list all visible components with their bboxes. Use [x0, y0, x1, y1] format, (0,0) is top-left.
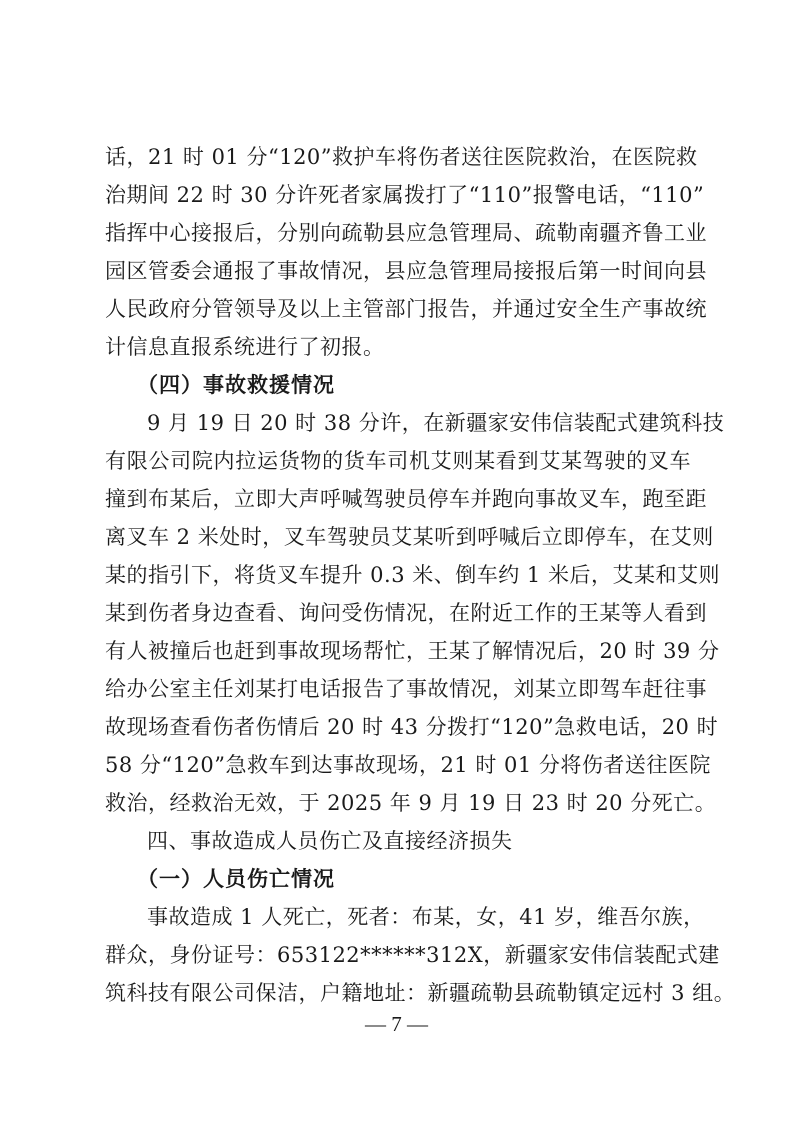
text-line: 9 月 19 日 20 时 38 分许，在新疆家安伟信装配式建筑科技 [105, 404, 691, 442]
text-line: 指挥中心接报后，分别向疏勒县应急管理局、疏勒南疆齐鲁工业 [105, 214, 691, 252]
section-heading-casualties: （一）人员伤亡情况 [105, 860, 691, 898]
paragraph-casualties: 事故造成 1 人死亡，死者：布某，女，41 岁，维吾尔族， 群众，身份证号：65… [105, 898, 691, 1012]
text-line: 撞到布某后，立即大声呼喊驾驶员停车并跑向事故叉车，跑至距 [105, 480, 691, 518]
text-line: 园区管委会通报了事故情况，县应急管理局接报后第一时间向县 [105, 252, 691, 290]
text-line: 筑科技有限公司保洁，户籍地址：新疆疏勒县疏勒镇定远村 3 组。 [105, 974, 691, 1012]
text-line: 有限公司院内拉运货物的货车司机艾则某看到艾某驾驶的叉车 [105, 442, 691, 480]
text-line: 某的指引下，将货叉车提升 0.3 米、倒车约 1 米后，艾某和艾则 [105, 556, 691, 594]
text-line: 有人被撞后也赶到事故现场帮忙，王某了解情况后，20 时 39 分 [105, 632, 691, 670]
paragraph-notification: 话，21 时 01 分“120”救护车将伤者送往医院救治，在医院救 治期间 22… [105, 138, 691, 366]
text-line: 事故造成 1 人死亡，死者：布某，女，41 岁，维吾尔族， [105, 898, 691, 936]
text-line: 人民政府分管领导及以上主管部门报告，并通过安全生产事故统 [105, 290, 691, 328]
text-line: 话，21 时 01 分“120”救护车将伤者送往医院救治，在医院救 [105, 138, 691, 176]
page-number: — 7 — [0, 1012, 793, 1037]
text-line: 离叉车 2 米处时，叉车驾驶员艾某听到呼喊后立即停车，在艾则 [105, 518, 691, 556]
text-line: 救治，经救治无效，于 2025 年 9 月 19 日 23 时 20 分死亡。 [105, 784, 691, 822]
text-line: 群众，身份证号：653122******312X，新疆家安伟信装配式建 [105, 936, 691, 974]
text-line: 治期间 22 时 30 分许死者家属拨打了“110”报警电话，“110” [105, 176, 691, 214]
paragraph-rescue: 9 月 19 日 20 时 38 分许，在新疆家安伟信装配式建筑科技 有限公司院… [105, 404, 691, 822]
section-heading-casualties-losses: 四、事故造成人员伤亡及直接经济损失 [105, 822, 691, 860]
text-line: 58 分“120”急救车到达事故现场，21 时 01 分将伤者送往医院 [105, 746, 691, 784]
text-line: 故现场查看伤者伤情后 20 时 43 分拨打“120”急救电话，20 时 [105, 708, 691, 746]
text-line: 某到伤者身边查看、询问受伤情况，在附近工作的王某等人看到 [105, 594, 691, 632]
text-line: 给办公室主任刘某打电话报告了事故情况，刘某立即驾车赶往事 [105, 670, 691, 708]
text-line: 计信息直报系统进行了初报。 [105, 328, 691, 366]
section-heading-rescue: （四）事故救援情况 [105, 366, 691, 404]
document-page: 话，21 时 01 分“120”救护车将伤者送往医院救治，在医院救 治期间 22… [105, 138, 691, 1012]
